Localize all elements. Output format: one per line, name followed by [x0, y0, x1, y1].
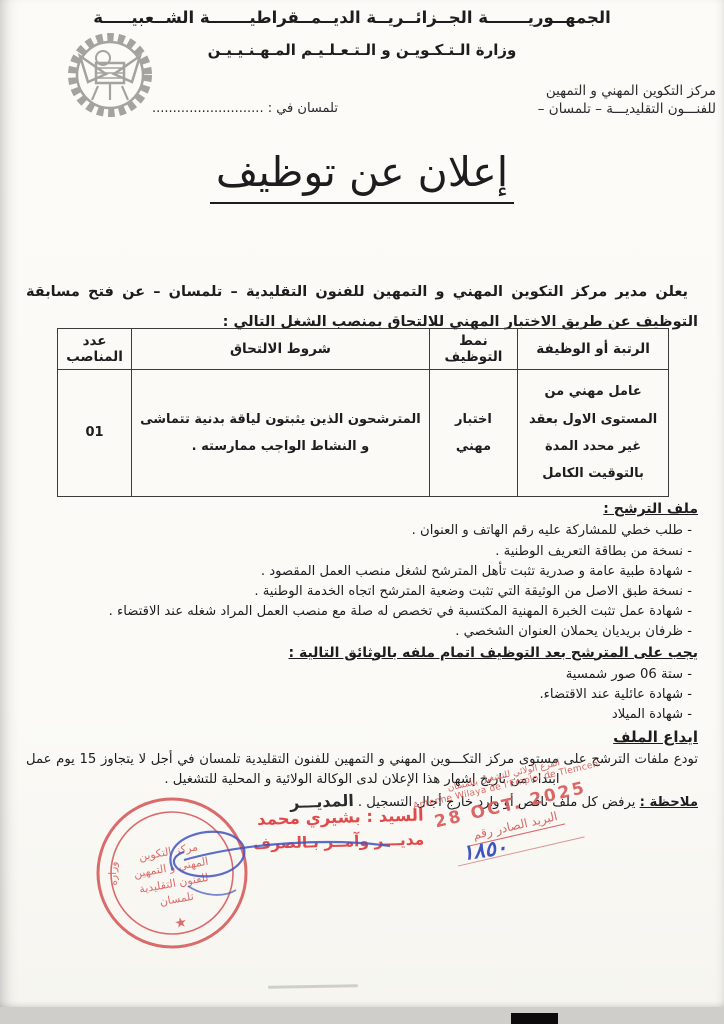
list-item: - نسخة طبق الاصل من الوثيقة التي تثبت وض…: [26, 582, 692, 602]
center-name-line2: للفنـــون التقليديـــة – تلمسان –: [416, 100, 716, 118]
list-item: - ستة 06 صور شمسية: [26, 665, 692, 685]
list-item: - طلب خطي للمشاركة عليه رقم الهاتف و الع…: [26, 521, 692, 541]
title-wrap: إعلان عن توظيف: [0, 148, 724, 204]
round-official-stamp: وزارة التكوين و التعليم المهنيين مركز ال…: [79, 780, 264, 965]
header-conditions: شروط الالتحاق: [132, 329, 430, 370]
scan-smudge: [268, 984, 358, 989]
date-field: تلمسان في : ...........................: [152, 101, 352, 116]
handwritten-mail-number: ١٨٥٠: [461, 835, 509, 865]
list-item: - ظرفان بريديان يحملان العنوان الشخصي .: [26, 622, 692, 642]
gear-emblem-icon: [58, 30, 162, 122]
scan-artifact-black-box: [511, 1013, 558, 1024]
list-item: - شهادة عمل تثبت الخبرة المهنية المكتسبة…: [26, 602, 692, 622]
document-page: الجمهــوريـــــــة الجــزائــريــة الديـ…: [0, 0, 724, 1007]
note-label: ملاحظة :: [640, 795, 698, 810]
header-mode: نمط التوظيف: [429, 329, 517, 370]
stamp-ring-text: وزارة التكوين و التعليم المهنيين: [79, 794, 124, 890]
cell-conditions: المترشحون الذين يثبتون لياقة بدنية تتماش…: [132, 370, 430, 497]
table-header-row: الرتبة أو الوظيفة نمط التوظيف شروط الالت…: [58, 329, 669, 370]
cell-position: عامل مهني من المستوى الاول بعقد غير محدد…: [518, 370, 669, 497]
list-item: - شهادة الميلاد: [26, 705, 692, 725]
application-file-list: - طلب خطي للمشاركة عليه رقم الهاتف و الع…: [26, 521, 698, 642]
job-table: الرتبة أو الوظيفة نمط التوظيف شروط الالت…: [57, 328, 669, 497]
application-file-heading: ملف الترشح :: [603, 501, 698, 517]
ministry-title: وزارة الـتـكـويـن و الـتـعـلـيـم المـهـن…: [150, 41, 574, 59]
post-hire-list: - ستة 06 صور شمسية - شهادة عائلية عند ال…: [26, 665, 698, 726]
stamp-center-line4: تلمسان: [159, 890, 195, 909]
header-position: الرتبة أو الوظيفة: [518, 329, 669, 370]
cell-mode: اختبار مهني: [429, 370, 517, 497]
header-count: عدد المناصب: [58, 329, 132, 370]
center-name-line1: مركز التكوين المهني و التمهين: [416, 82, 716, 100]
round-stamp-icon: وزارة التكوين و التعليم المهنيين مركز ال…: [79, 780, 264, 965]
deposit-heading: ايداع الملف: [613, 728, 698, 746]
svg-text:وزارة التكوين و التعليم المهني: وزارة التكوين و التعليم المهنيين: [79, 794, 124, 890]
page-title: إعلان عن توظيف: [210, 148, 514, 204]
list-item: - نسخة من بطاقة التعريف الوطنية .: [26, 542, 692, 562]
table-row: عامل مهني من المستوى الاول بعقد غير محدد…: [58, 370, 669, 497]
list-item: - شهادة عائلية عند الاقتضاء.: [26, 685, 692, 705]
issuing-center-block: مركز التكوين المهني و التمهين للفنـــون …: [416, 82, 716, 118]
scanned-document: { "header": { "republic": "الجمهــوريـــ…: [0, 0, 724, 1024]
cell-count: 01: [58, 370, 132, 497]
stamp-star-icon: ★: [173, 914, 188, 932]
list-item: - شهادة طبية عامة و صدرية تثبت تأهل المت…: [26, 562, 692, 582]
post-hire-heading: يجب على المترشح بعد التوظيف اتمام ملفه ب…: [289, 645, 699, 661]
republic-title: الجمهــوريـــــــة الجــزائــريــة الديـ…: [90, 8, 614, 27]
ministry-emblem-logo: [58, 30, 162, 122]
